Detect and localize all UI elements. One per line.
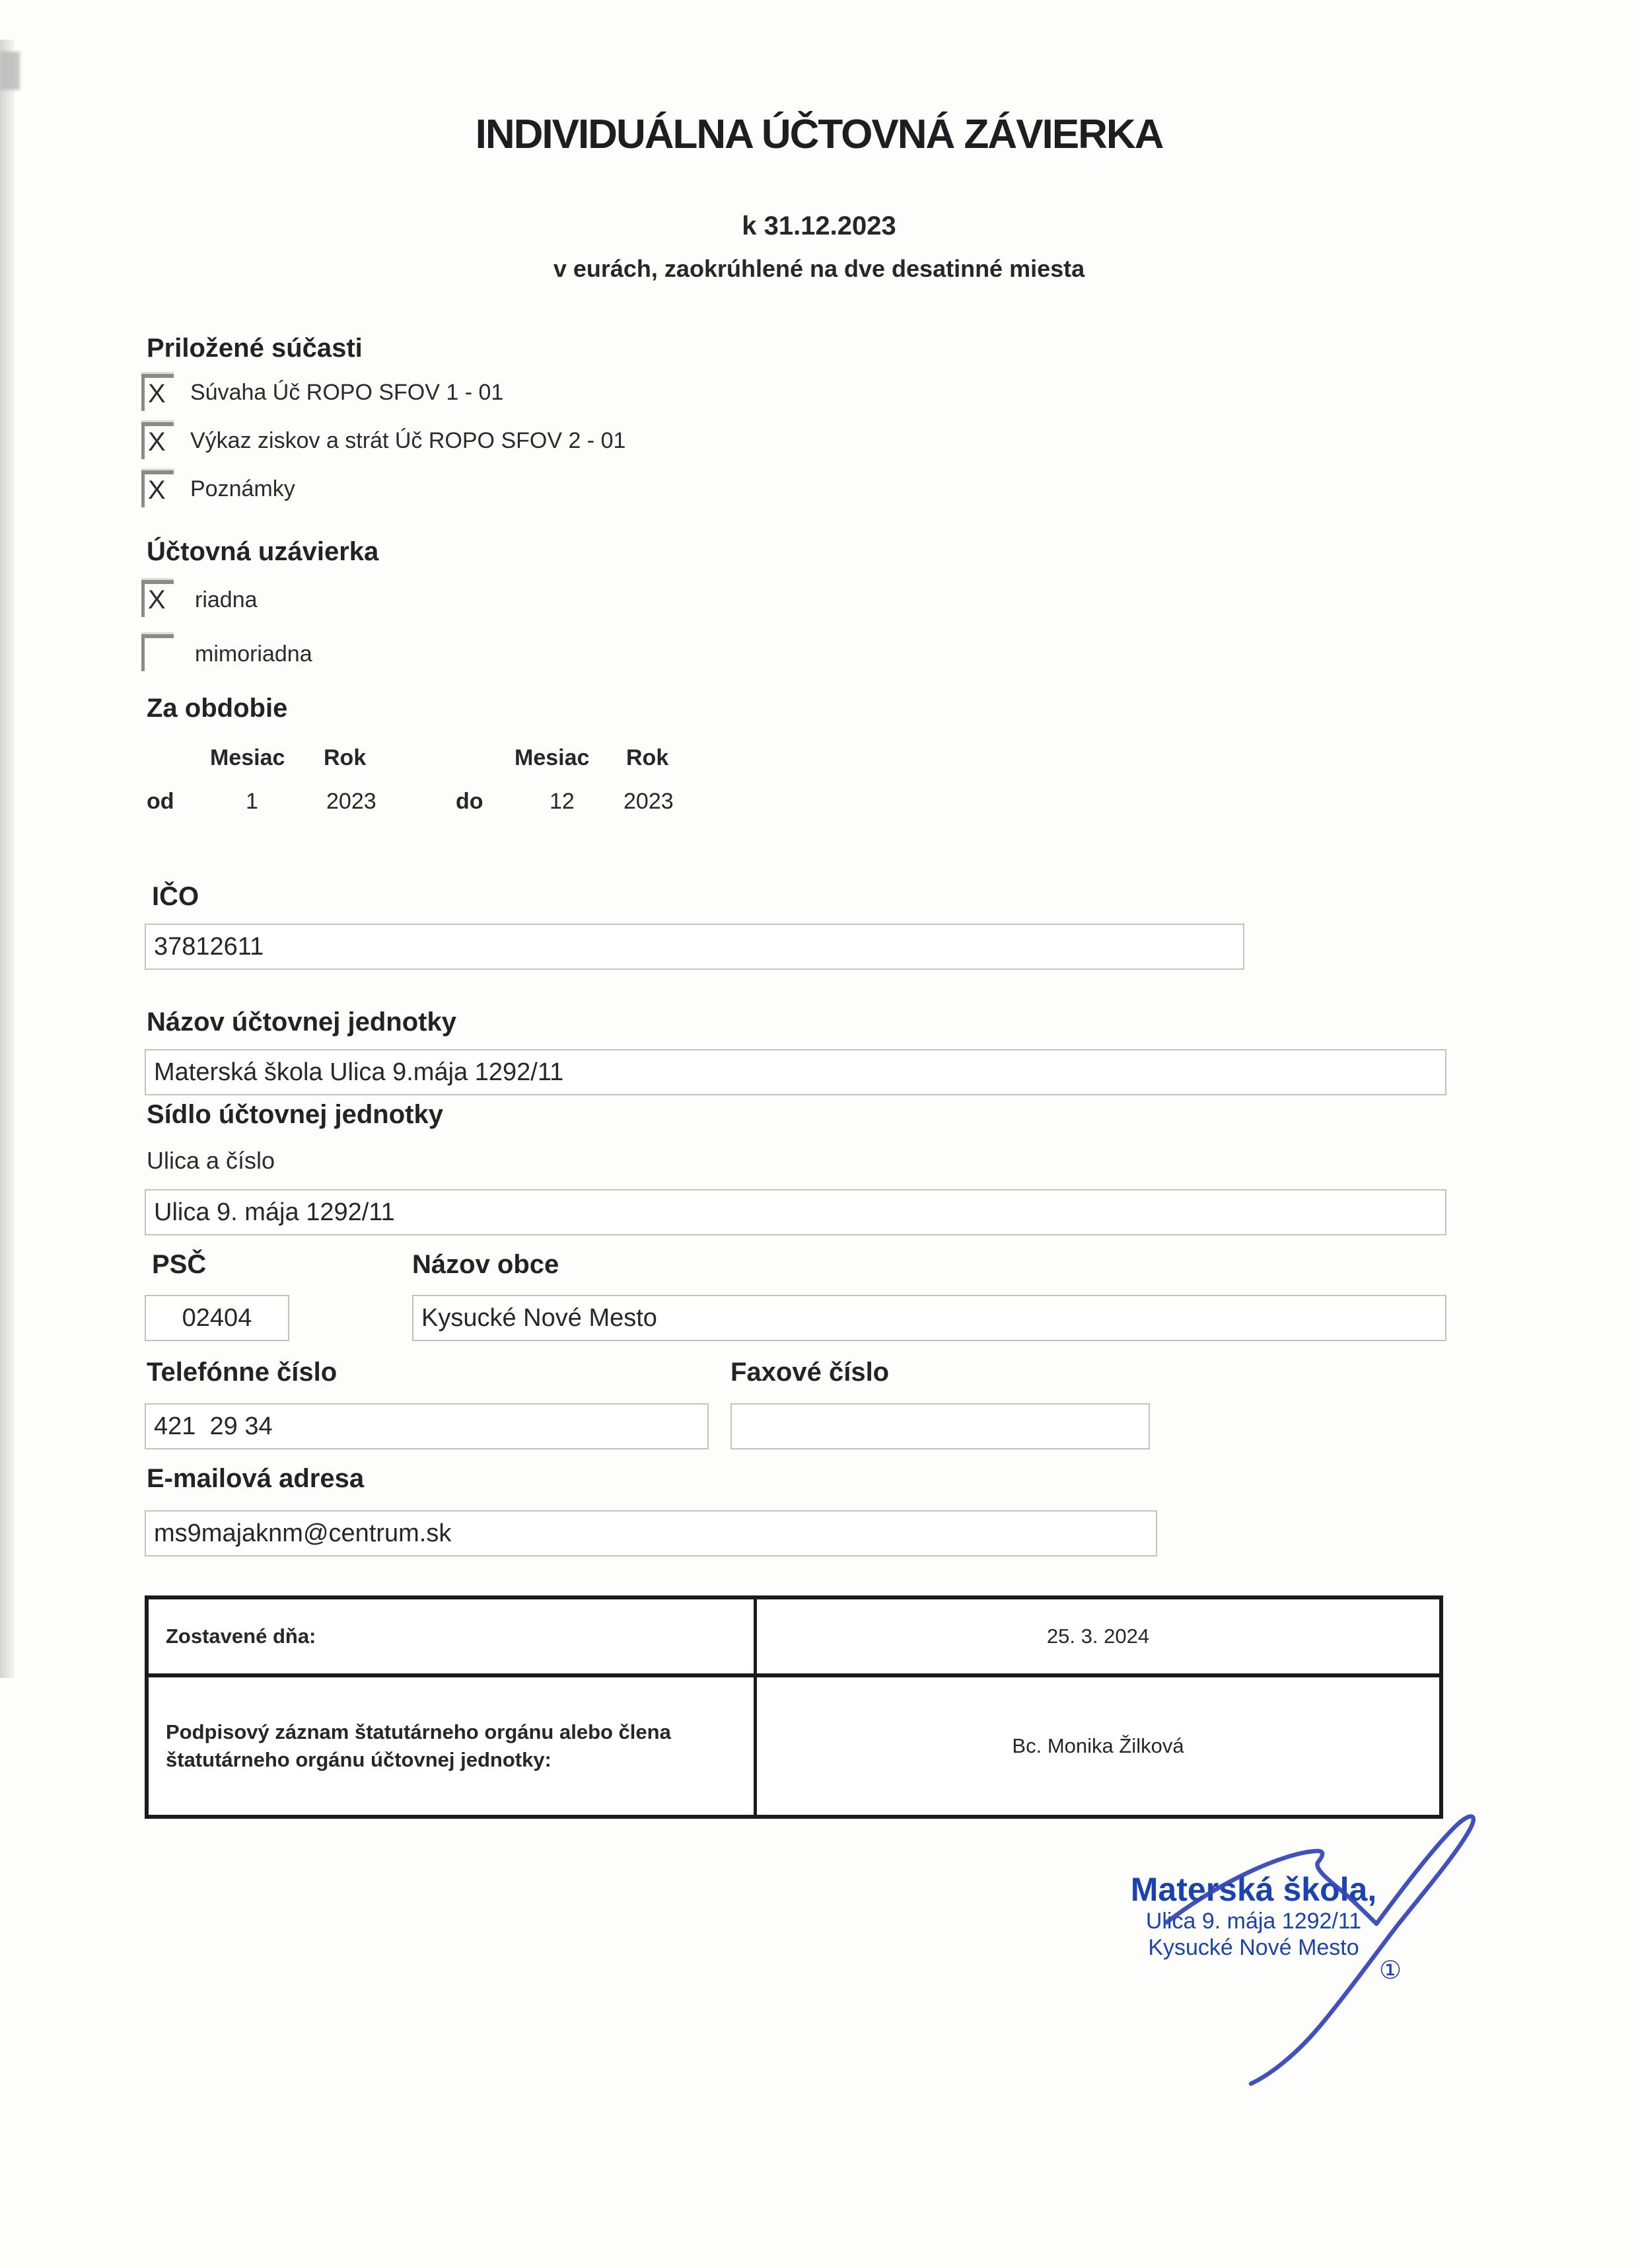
town-label: Názov obce [412,1250,559,1280]
compiled-date-value: 25. 3. 2024 [1047,1625,1149,1648]
closing-label-riadna: riadna [195,587,258,613]
attachment-label-vykaz: Výkaz ziskov a strát Úč ROPO SFOV 2 - 01 [190,427,625,454]
form-title: INDIVIDUÁLNA ÚČTOVNÁ ZÁVIERKA [0,111,1638,158]
compiled-date-label: Zostavené dňa: [166,1623,316,1650]
scan-edge-artifact [0,40,15,1678]
scan-corner-artifact [0,52,20,90]
period-col-month-from: Mesiac [210,745,285,771]
checkbox-x-mark: X [148,427,166,457]
checkbox-x-mark: X [148,379,166,409]
street-field: Ulica 9. mája 1292/11 [145,1189,1446,1235]
signatory-label: Podpisový záznam štatutárneho orgánu ale… [166,1718,694,1774]
period-to-label: do [456,789,483,815]
attachments-heading: Priložené súčasti [147,334,363,363]
email-field: ms9majaknm@centrum.sk [145,1510,1157,1556]
period-from-year: 2023 [326,789,376,815]
signature-stroke [1166,1817,1474,2084]
closing-label-mimoriadna: mimoriadna [195,641,312,667]
psc-label: PSČ [152,1250,206,1280]
period-heading: Za obdobie [147,694,287,723]
form-date-line: k 31.12.2023 [0,211,1638,241]
attachment-checkbox-suvaha: X [141,374,174,411]
attachment-checkbox-poznamky: X [141,470,174,507]
closing-checkbox-mimoriadna [141,634,174,671]
form-units-line: v eurách, zaokrúhlené na dve desatinné m… [0,255,1638,283]
period-col-year-to: Rok [626,745,668,771]
entity-name-label: Názov účtovnej jednotky [147,1007,456,1037]
scanned-form-page: INDIVIDUÁLNA ÚČTOVNÁ ZÁVIERKA k 31.12.20… [0,0,1638,2268]
compiled-date-label-cell: Zostavené dňa: [149,1599,757,1673]
period-col-month-to: Mesiac [515,745,589,771]
attachment-checkbox-vykaz: X [141,422,174,459]
closing-type-heading: Účtovná uzávierka [147,537,378,567]
table-row-compiled-date: Zostavené dňa: 25. 3. 2024 [149,1599,1439,1677]
entity-name-field: Materská škola Ulica 9.mája 1292/11 [145,1049,1446,1095]
email-label: E-mailová adresa [147,1464,364,1494]
town-field: Kysucké Nové Mesto [412,1295,1446,1341]
street-label: Ulica a číslo [147,1147,275,1175]
period-col-year-from: Rok [324,745,366,771]
handwritten-signature [1057,1771,1572,2127]
compiled-date-value-cell: 25. 3. 2024 [757,1599,1439,1673]
checkbox-x-mark: X [148,475,166,505]
signatory-label-cell: Podpisový záznam štatutárneho orgánu ale… [149,1677,757,1815]
period-from-month: 1 [246,789,258,815]
closing-checkbox-riadna: X [141,580,174,617]
phone-field: 421 29 34 [145,1403,709,1449]
attachment-label-suvaha: Súvaha Úč ROPO SFOV 1 - 01 [190,379,503,406]
seat-heading: Sídlo účtovnej jednotky [147,1100,443,1130]
period-from-label: od [147,789,174,815]
fax-label: Faxové číslo [730,1358,889,1387]
ico-label: IČO [152,882,199,912]
checkbox-x-mark: X [148,585,166,615]
ico-field: 37812611 [145,924,1244,970]
period-to-month: 12 [550,789,575,815]
attachment-label-poznamky: Poznámky [190,476,295,502]
phone-label: Telefónne číslo [147,1358,337,1387]
period-to-year: 2023 [623,789,674,815]
signatory-name: Bc. Monika Žilková [1012,1734,1184,1758]
psc-field: 02404 [145,1295,289,1341]
fax-field [730,1403,1150,1449]
